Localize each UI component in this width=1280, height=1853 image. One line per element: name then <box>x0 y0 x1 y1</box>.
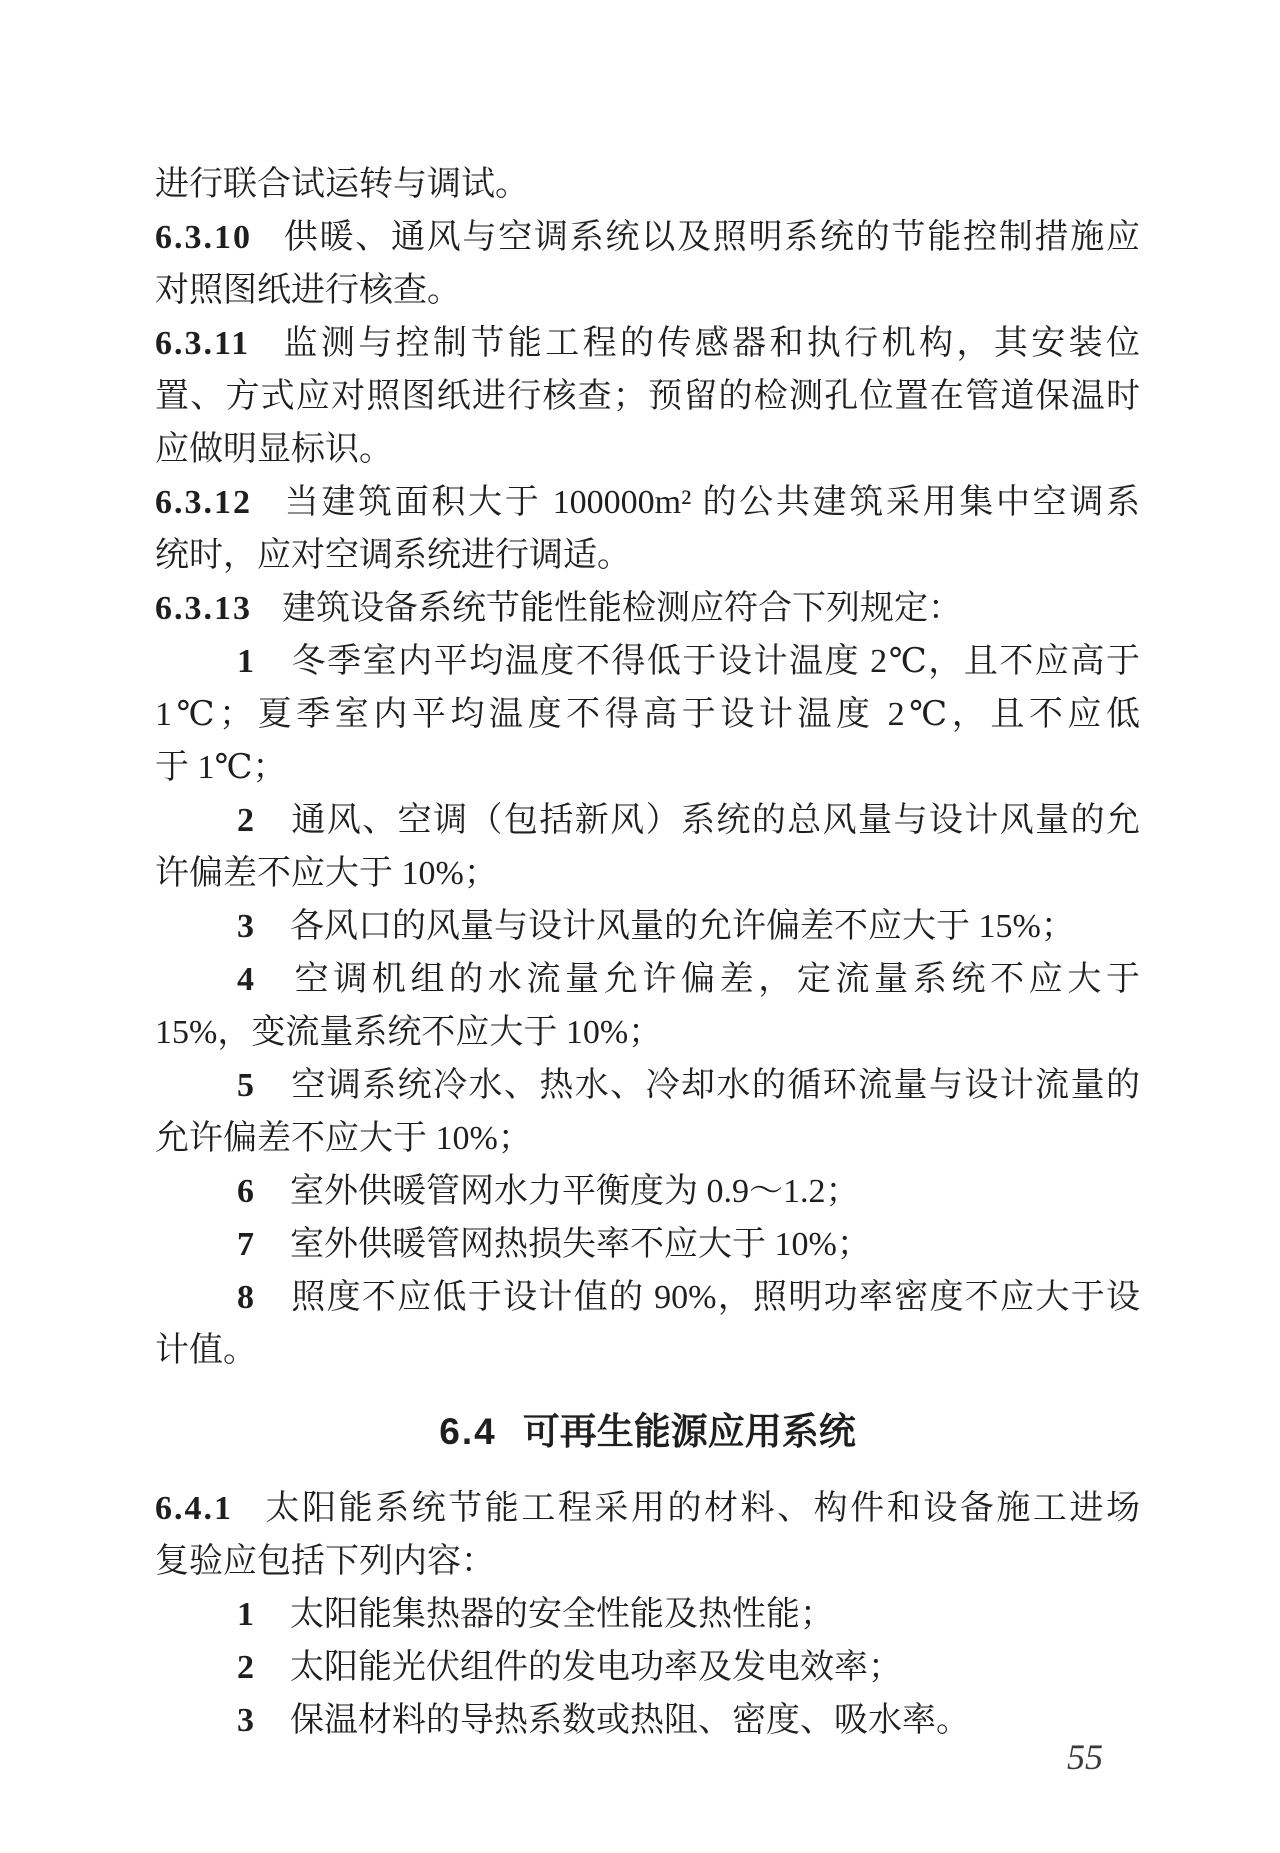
list-item-8-line-1: 8照度不应低于设计值的 90%，照明功率密度不应大于设 <box>155 1271 1140 1324</box>
item-text: 空调系统冷水、热水、冷却水的循环流量与设计流量的 <box>290 1067 1140 1104</box>
clause-6-3-11-line-3: 应做明显标识。 <box>155 423 1140 476</box>
clause-6-3-11-line-1: 6.3.11监测与控制节能工程的传感器和执行机构，其安装位 <box>155 317 1140 370</box>
clause-number: 6.3.11 <box>155 325 250 362</box>
item-text: 室外供暖管网热损失率不应大于 10%； <box>290 1226 871 1263</box>
sub-item-1-line-1: 1太阳能集热器的安全性能及热性能； <box>155 1588 1140 1641</box>
list-item-6-line-1: 6室外供暖管网水力平衡度为 0.9～1.2； <box>155 1165 1140 1218</box>
list-item-8-line-2: 计值。 <box>155 1324 1140 1377</box>
item-text: 各风口的风量与设计风量的允许偏差不应大于 15%； <box>290 908 1075 945</box>
item-number: 1 <box>237 643 254 680</box>
item-number: 2 <box>237 802 254 839</box>
item-text: 空调机组的水流量允许偏差，定流量系统不应大于 <box>290 961 1140 998</box>
clause-6-3-10-line-2: 对照图纸进行核查。 <box>155 264 1140 317</box>
item-number: 5 <box>237 1067 254 1104</box>
clause-6-4-1-line-1: 6.4.1太阳能系统节能工程采用的材料、构件和设备施工进场 <box>155 1482 1140 1535</box>
item-text: 照度不应低于设计值的 90%，照明功率密度不应大于设 <box>290 1279 1140 1316</box>
clause-6-3-10-line-1: 6.3.10供暖、通风与空调系统以及照明系统的节能控制措施应 <box>155 211 1140 264</box>
section-heading-6-4: 6.4可再生能源应用系统 <box>155 1405 1140 1458</box>
clause-text: 建筑设备系统节能性能检测应符合下列规定： <box>282 590 962 627</box>
clause-number: 6.3.13 <box>155 590 252 627</box>
clause-6-3-13-line-1: 6.3.13建筑设备系统节能性能检测应符合下列规定： <box>155 582 1140 635</box>
list-item-1-line-2: 1℃；夏季室内平均温度不得高于设计温度 2℃，且不应低 <box>155 688 1140 741</box>
item-number: 1 <box>237 1596 254 1633</box>
item-number: 8 <box>237 1279 254 1316</box>
clause-6-3-11-line-2: 置、方式应对照图纸进行核查；预留的检测孔位置在管道保温时 <box>155 370 1140 423</box>
item-number: 2 <box>237 1649 254 1686</box>
item-number: 3 <box>237 908 254 945</box>
list-item-1-line-3: 于 1℃； <box>155 741 1140 794</box>
item-text: 太阳能集热器的安全性能及热性能； <box>290 1596 834 1633</box>
section-number: 6.4 <box>439 1411 496 1452</box>
list-item-2-line-1: 2通风、空调（包括新风）系统的总风量与设计风量的允 <box>155 794 1140 847</box>
item-text: 通风、空调（包括新风）系统的总风量与设计风量的允 <box>290 802 1140 839</box>
item-text: 冬季室内平均温度不得低于设计温度 2℃，且不应高于 <box>290 643 1140 680</box>
item-number: 7 <box>237 1226 254 1263</box>
clause-text: 太阳能系统节能工程采用的材料、构件和设备施工进场 <box>263 1490 1140 1527</box>
sub-item-3-line-1: 3保温材料的导热系数或热阻、密度、吸水率。 <box>155 1694 1140 1747</box>
clause-number: 6.3.10 <box>155 219 252 256</box>
page-body: 进行联合试运转与调试。 6.3.10供暖、通风与空调系统以及照明系统的节能控制措… <box>155 158 1140 1747</box>
section-title: 可再生能源应用系统 <box>523 1411 856 1452</box>
clause-number: 6.4.1 <box>155 1490 233 1527</box>
list-item-4-line-2: 15%，变流量系统不应大于 10%； <box>155 1006 1140 1059</box>
list-item-7-line-1: 7室外供暖管网热损失率不应大于 10%； <box>155 1218 1140 1271</box>
item-number: 3 <box>237 1702 254 1739</box>
list-item-5-line-2: 允许偏差不应大于 10%； <box>155 1112 1140 1165</box>
list-item-1-line-1: 1冬季室内平均温度不得低于设计温度 2℃，且不应高于 <box>155 635 1140 688</box>
page-number: 55 <box>1040 1736 1130 1778</box>
clause-text: 监测与控制节能工程的传感器和执行机构，其安装位 <box>280 325 1140 362</box>
list-item-2-line-2: 许偏差不应大于 10%； <box>155 847 1140 900</box>
clause-6-3-12-line-2: 统时，应对空调系统进行调适。 <box>155 529 1140 582</box>
item-number: 4 <box>237 961 254 998</box>
clause-6-4-1-line-2: 复验应包括下列内容： <box>155 1535 1140 1588</box>
list-item-5-line-1: 5空调系统冷水、热水、冷却水的循环流量与设计流量的 <box>155 1059 1140 1112</box>
clause-6-3-12-line-1: 6.3.12当建筑面积大于 100000m² 的公共建筑采用集中空调系 <box>155 476 1140 529</box>
document-page: 进行联合试运转与调试。 6.3.10供暖、通风与空调系统以及照明系统的节能控制措… <box>0 0 1280 1853</box>
item-text: 保温材料的导热系数或热阻、密度、吸水率。 <box>290 1702 970 1739</box>
clause-number: 6.3.12 <box>155 484 252 521</box>
list-item-4-line-1: 4空调机组的水流量允许偏差，定流量系统不应大于 <box>155 953 1140 1006</box>
clause-text: 当建筑面积大于 100000m² 的公共建筑采用集中空调系 <box>282 484 1140 521</box>
item-text: 室外供暖管网水力平衡度为 0.9～1.2； <box>290 1173 860 1210</box>
paragraph-continuation-line: 进行联合试运转与调试。 <box>155 158 1140 211</box>
list-item-3-line-1: 3各风口的风量与设计风量的允许偏差不应大于 15%； <box>155 900 1140 953</box>
item-number: 6 <box>237 1173 254 1210</box>
item-text: 太阳能光伏组件的发电功率及发电效率； <box>290 1649 902 1686</box>
sub-item-2-line-1: 2太阳能光伏组件的发电功率及发电效率； <box>155 1641 1140 1694</box>
clause-text: 供暖、通风与空调系统以及照明系统的节能控制措施应 <box>282 219 1140 256</box>
